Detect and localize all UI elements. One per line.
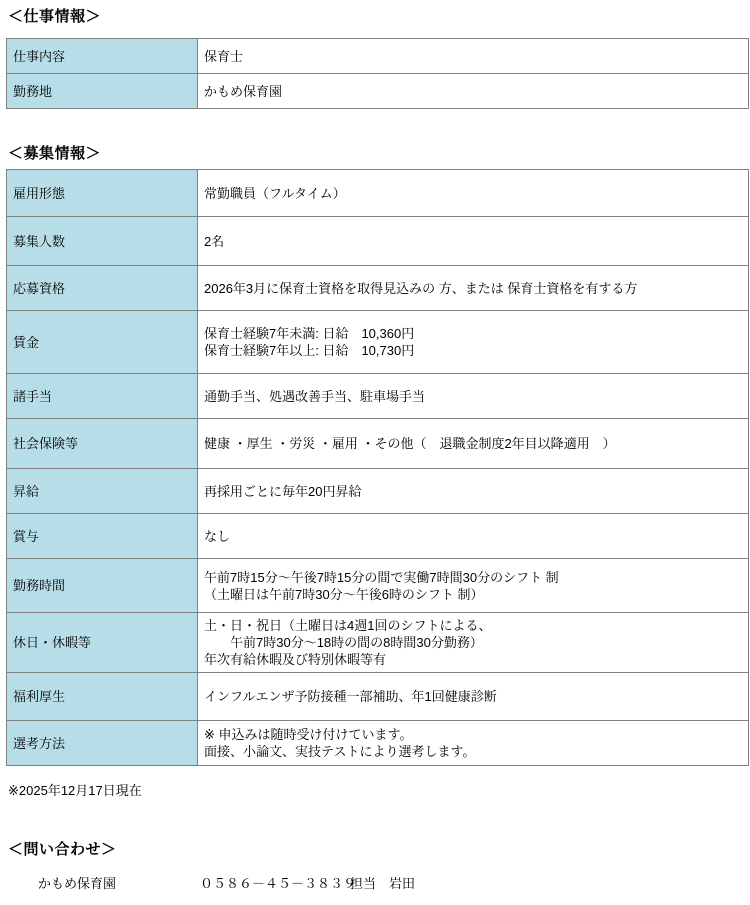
table-row: 諸手当 通勤手当、処遇改善手当、駐車場手当 bbox=[7, 374, 749, 419]
row-value: かもめ保育園 bbox=[198, 74, 749, 109]
row-label: 仕事内容 bbox=[7, 39, 198, 74]
table-row: 賞与 なし bbox=[7, 514, 749, 559]
row-label: 選考方法 bbox=[7, 721, 198, 766]
row-value: 保育士 bbox=[198, 39, 749, 74]
table-row: 勤務時間 午前7時15分～午後7時15分の間で実働7時間30分のシフト 制 （土… bbox=[7, 559, 749, 613]
row-label: 諸手当 bbox=[7, 374, 198, 419]
row-label: 勤務地 bbox=[7, 74, 198, 109]
row-value: 2026年3月に保育士資格を取得見込みの 方、または 保育士資格を有する方 bbox=[198, 266, 749, 311]
row-value: 再採用ごとに毎年20円昇給 bbox=[198, 469, 749, 514]
table-row: 仕事内容 保育士 bbox=[7, 39, 749, 74]
row-value: 2名 bbox=[198, 217, 749, 266]
as-of-date-note: ※2025年12月17日現在 bbox=[8, 782, 750, 799]
contact-line: かもめ保育園０５８６－４５－３８３９担当 岩田 bbox=[0, 875, 750, 892]
table-row: 雇用形態 常勤職員（フルタイム） bbox=[7, 170, 749, 217]
row-label: 賃金 bbox=[7, 311, 198, 374]
contact-person: 担当 岩田 bbox=[350, 875, 415, 892]
row-label: 社会保険等 bbox=[7, 419, 198, 469]
section-title-recruit: ＜募集情報＞ bbox=[0, 145, 750, 163]
table-row: 賃金 保育士経験7年未満: 日給 10,360円 保育士経験7年以上: 日給 1… bbox=[7, 311, 749, 374]
recruit-info-table: 雇用形態 常勤職員（フルタイム） 募集人数 2名 応募資格 2026年3月に保育… bbox=[6, 169, 749, 766]
job-info-table: 仕事内容 保育士 勤務地 かもめ保育園 bbox=[6, 38, 749, 109]
row-value: インフルエンザ予防接種一部補助、年1回健康診断 bbox=[198, 673, 749, 721]
row-label: 福利厚生 bbox=[7, 673, 198, 721]
table-row: 勤務地 かもめ保育園 bbox=[7, 74, 749, 109]
row-label: 雇用形態 bbox=[7, 170, 198, 217]
row-value: 健康 ・厚生 ・労災 ・雇用 ・その他（ 退職金制度2年目以降適用 ） bbox=[198, 419, 749, 469]
job-posting-page: ＜仕事情報＞ 仕事内容 保育士 勤務地 かもめ保育園 ＜募集情報＞ 雇用形態 常… bbox=[0, 0, 750, 892]
table-row: 休日・休暇等 土・日・祝日（土曜日は4週1回のシフトによる、 午前7時30分～1… bbox=[7, 613, 749, 673]
row-value: 土・日・祝日（土曜日は4週1回のシフトによる、 午前7時30分～18時の間の8時… bbox=[198, 613, 749, 673]
row-label: 賞与 bbox=[7, 514, 198, 559]
row-label: 休日・休暇等 bbox=[7, 613, 198, 673]
table-row: 募集人数 2名 bbox=[7, 217, 749, 266]
row-label: 募集人数 bbox=[7, 217, 198, 266]
row-label: 応募資格 bbox=[7, 266, 198, 311]
table-row: 選考方法 ※ 申込みは随時受け付けています。 面接、小論文、実技テストにより選考… bbox=[7, 721, 749, 766]
section-title-job: ＜仕事情報＞ bbox=[0, 0, 750, 26]
table-row: 福利厚生 インフルエンザ予防接種一部補助、年1回健康診断 bbox=[7, 673, 749, 721]
table-row: 応募資格 2026年3月に保育士資格を取得見込みの 方、または 保育士資格を有す… bbox=[7, 266, 749, 311]
contact-facility-name: かもめ保育園 bbox=[38, 875, 200, 892]
table-row: 社会保険等 健康 ・厚生 ・労災 ・雇用 ・その他（ 退職金制度2年目以降適用 … bbox=[7, 419, 749, 469]
row-value: 保育士経験7年未満: 日給 10,360円 保育士経験7年以上: 日給 10,7… bbox=[198, 311, 749, 374]
row-value: なし bbox=[198, 514, 749, 559]
row-value: 午前7時15分～午後7時15分の間で実働7時間30分のシフト 制 （土曜日は午前… bbox=[198, 559, 749, 613]
section-title-contact: ＜問い合わせ＞ bbox=[0, 841, 750, 859]
row-value: 常勤職員（フルタイム） bbox=[198, 170, 749, 217]
row-label: 勤務時間 bbox=[7, 559, 198, 613]
row-label: 昇給 bbox=[7, 469, 198, 514]
contact-phone-number: ０５８６－４５－３８３９ bbox=[200, 875, 350, 892]
table-row: 昇給 再採用ごとに毎年20円昇給 bbox=[7, 469, 749, 514]
row-value: ※ 申込みは随時受け付けています。 面接、小論文、実技テストにより選考します。 bbox=[198, 721, 749, 766]
row-value: 通勤手当、処遇改善手当、駐車場手当 bbox=[198, 374, 749, 419]
